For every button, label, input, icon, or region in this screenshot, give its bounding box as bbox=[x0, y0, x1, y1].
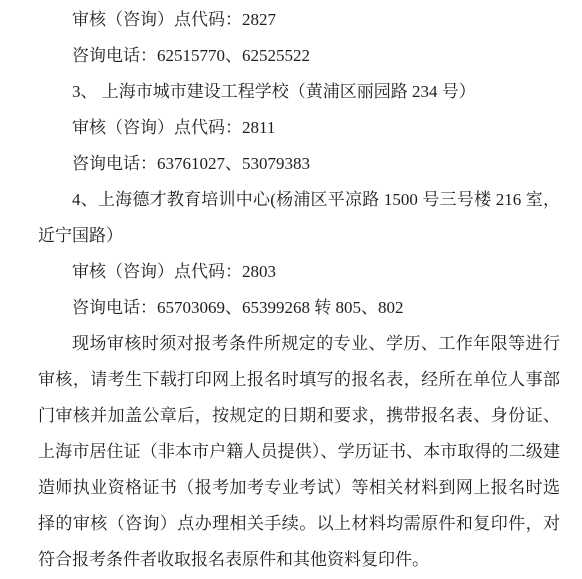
consult-phone-line: 咨询电话：62515770、62525522 bbox=[38, 38, 560, 74]
audit-point-code-line: 审核（咨询）点代码：2827 bbox=[38, 2, 560, 38]
org-list-item-3: 3、 上海市城市建设工程学校（黄浦区丽园路 234 号） bbox=[38, 74, 560, 110]
audit-point-code-line: 审核（咨询）点代码：2803 bbox=[38, 254, 560, 290]
audit-point-code-line: 审核（咨询）点代码：2811 bbox=[38, 110, 560, 146]
consult-phone-line: 咨询电话：65703069、65399268 转 805、802 bbox=[38, 290, 560, 326]
document-page: 审核（咨询）点代码：2827 咨询电话：62515770、62525522 3、… bbox=[0, 0, 582, 579]
onsite-review-instructions: 现场审核时须对报考条件所规定的专业、学历、工作年限等进行审核，请考生下载打印网上… bbox=[38, 326, 560, 578]
consult-phone-line: 咨询电话：63761027、53079383 bbox=[38, 146, 560, 182]
org-list-item-4: 4、上海德才教育培训中心(杨浦区平凉路 1500 号三号楼 216 室，近宁国路… bbox=[38, 182, 560, 254]
